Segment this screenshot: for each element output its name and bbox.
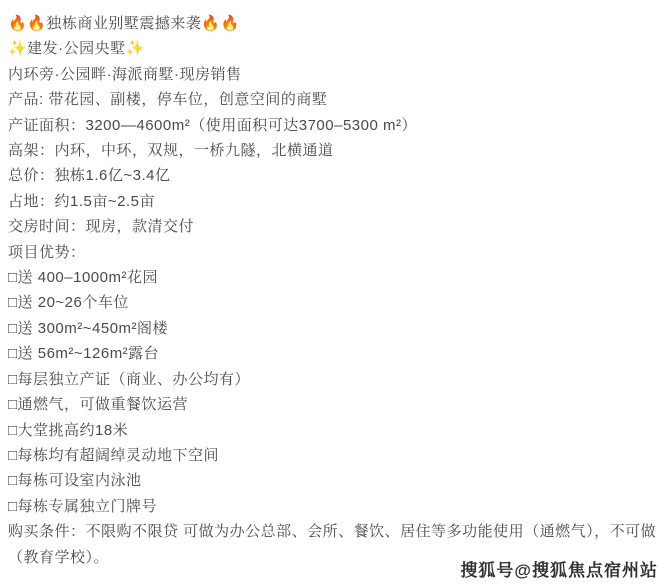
- listing-page: 🔥🔥独栋商业别墅震撼来袭🔥🔥 ✨建发·公园央墅✨ 内环旁·公园畔·海派商墅·现房…: [0, 0, 660, 584]
- advantage-item-gas: □通燃气，可做重餐饮运营: [8, 392, 654, 417]
- tagline-line: 内环旁·公园畔·海派商墅·现房销售: [8, 62, 654, 87]
- advantage-item-pool: □每栋可设室内泳池: [8, 468, 654, 493]
- advantage-item-certificate: □每层独立产证（商业、办公均有）: [8, 367, 654, 392]
- advantage-item-terrace: □送 56m²~126m²露台: [8, 341, 654, 366]
- certified-area-line: 产证面积：3200—4600m²（使用面积可达3700–5300 m²）: [8, 113, 654, 138]
- advantage-item-parking: □送 20~26个车位: [8, 290, 654, 315]
- total-price-line: 总价：独栋1.6亿~3.4亿: [8, 163, 654, 188]
- product-line: 产品: 带花园、副楼，停车位，创意空间的商墅: [8, 87, 654, 112]
- advantage-item-lobby: □大堂挑高约18米: [8, 418, 654, 443]
- land-area-line: 占地：约1.5亩~2.5亩: [8, 189, 654, 214]
- elevated-roads-line: 高架：内环，中环，双规，一桥九隧，北横通道: [8, 138, 654, 163]
- brand-line: ✨建发·公园央墅✨: [8, 36, 654, 61]
- listing-document: 🔥🔥独栋商业别墅震撼来袭🔥🔥 ✨建发·公园央墅✨ 内环旁·公园畔·海派商墅·现房…: [0, 0, 660, 570]
- watermark: 搜狐号@搜狐焦点宿州站: [460, 556, 658, 581]
- advantage-item-basement: □每栋均有超阔绰灵动地下空间: [8, 443, 654, 468]
- purchase-conditions-line: 购买条件：不限购不限贷 可做为办公总部、会所、餐饮、居住等多功能使用（通燃气），…: [8, 519, 654, 544]
- headline: 🔥🔥独栋商业别墅震撼来袭🔥🔥: [8, 11, 654, 36]
- advantage-item-garden: □送 400–1000m²花园: [8, 265, 654, 290]
- advantages-title: 项目优势：: [8, 240, 654, 265]
- advantage-item-door-number: □每栋专属独立门牌号: [8, 494, 654, 519]
- delivery-line: 交房时间：现房，款清交付: [8, 214, 654, 239]
- advantage-item-attic: □送 300m²~450m²阁楼: [8, 316, 654, 341]
